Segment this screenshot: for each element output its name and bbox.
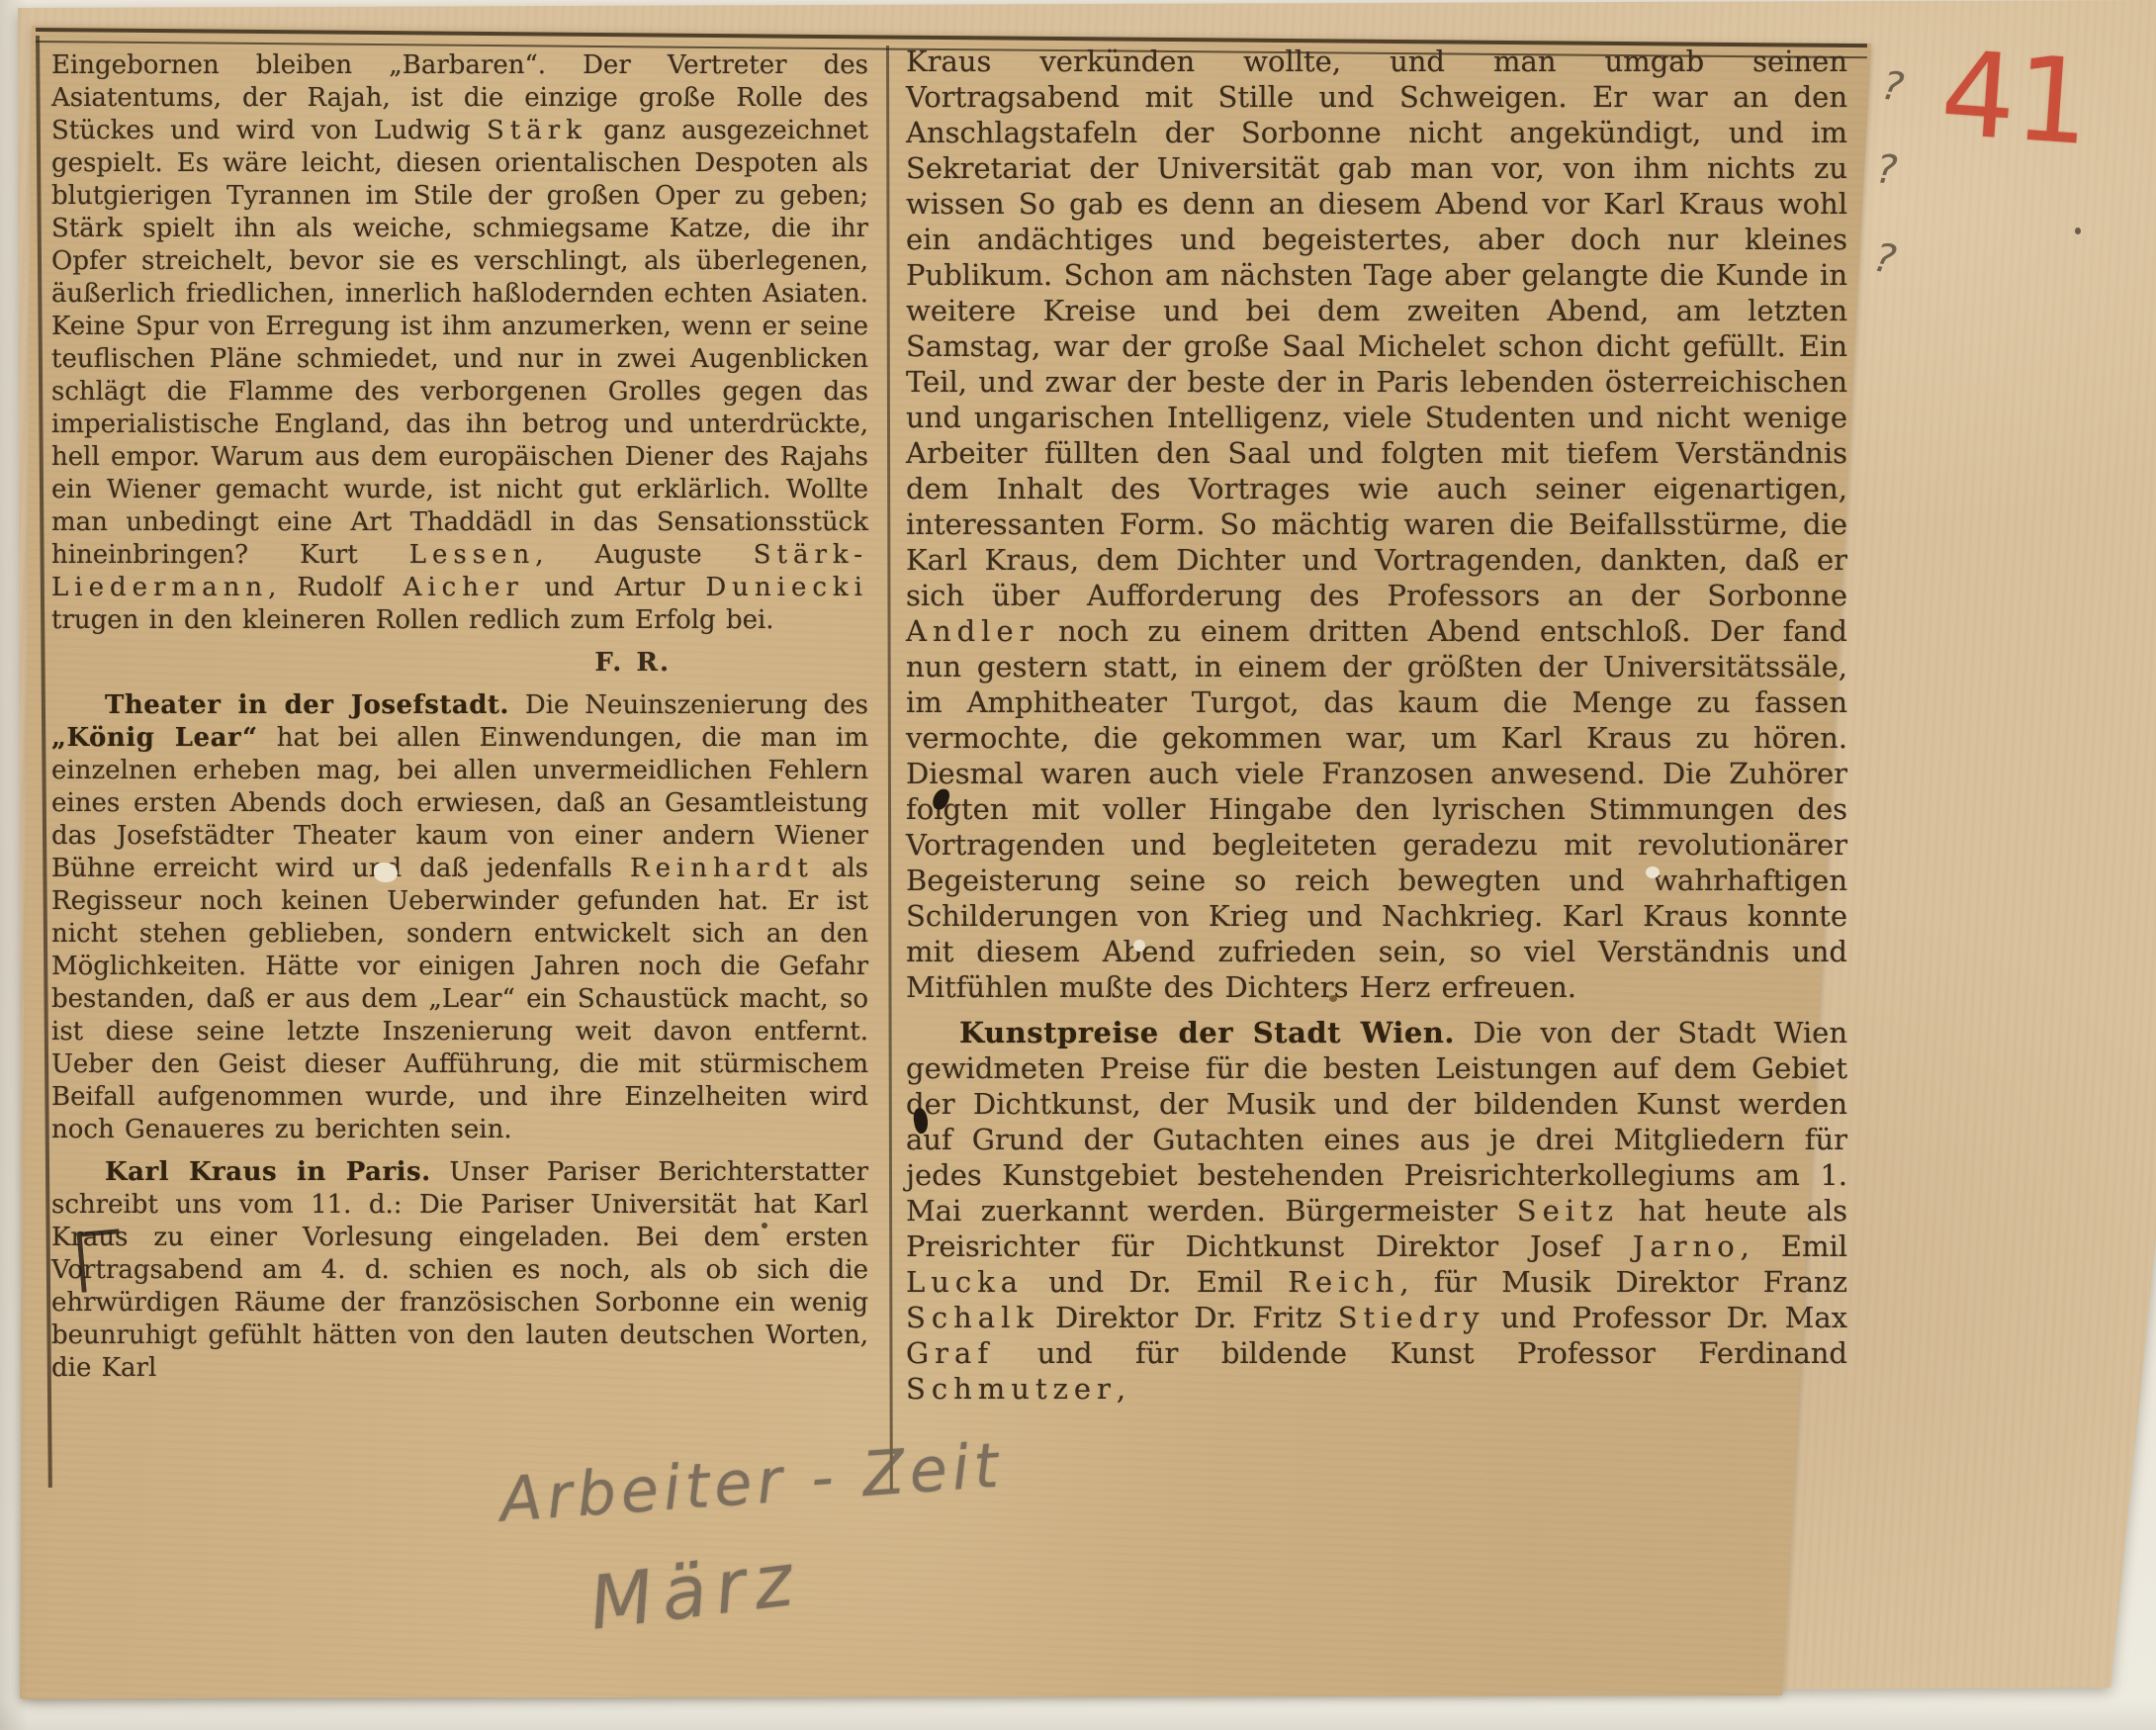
red-page-number: 41 — [1937, 35, 2094, 161]
paragraph: Karl Kraus in Paris. Unser Pariser Beric… — [51, 1156, 868, 1385]
paper-speck — [2075, 228, 2081, 234]
paper-speck — [1329, 995, 1337, 1002]
photo-of-newspaper-clipping: { "page": { "red_number": "41", "margin_… — [0, 0, 2156, 1730]
paragraph: Kunstpreise der Stadt Wien. Die von der … — [906, 1015, 1847, 1407]
article-column-right: Kraus verkünden wollte, und man umgab se… — [906, 44, 1847, 1416]
pencil-bracket-mark — [76, 1229, 124, 1293]
margin-question-mark: ? — [1875, 149, 1899, 190]
article-column-left: Eingebornen bleiben „Barbaren“. Der Vert… — [51, 49, 868, 1395]
paragraph: Theater in der Josefstadt. Die Neuinszen… — [51, 689, 868, 1146]
paper-speck — [762, 1223, 767, 1229]
paragraph: Eingebornen bleiben „Barbaren“. Der Vert… — [51, 49, 868, 637]
paper-damage-spot — [1646, 866, 1660, 878]
paper-damage-spot — [1133, 940, 1145, 952]
paper-damage-spot — [374, 863, 398, 882]
paragraph: Kraus verkünden wollte, und man umgab se… — [906, 44, 1847, 1005]
signature: F. R. — [51, 647, 868, 680]
